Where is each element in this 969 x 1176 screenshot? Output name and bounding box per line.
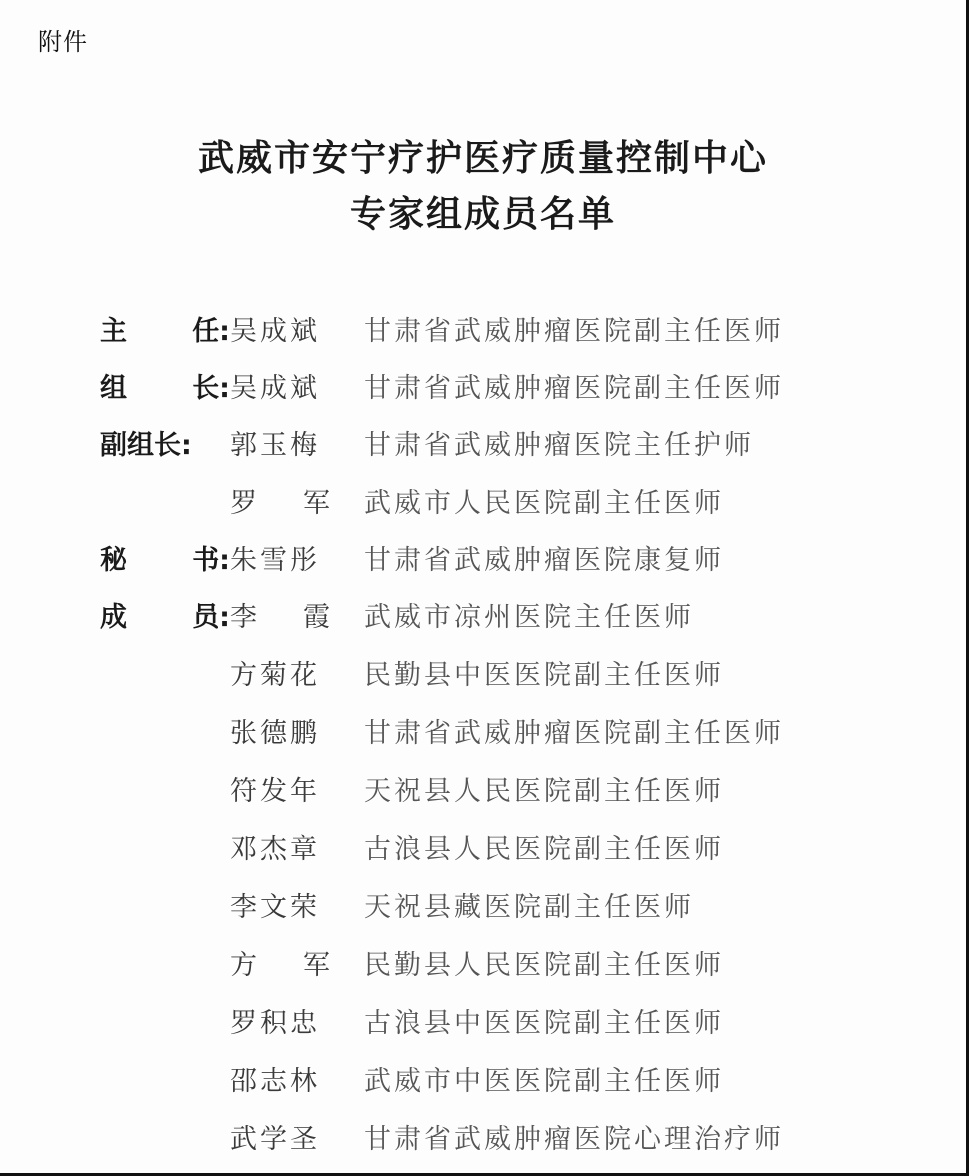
member-role-part: 秘 xyxy=(100,538,127,577)
document-page: 附件 武威市安宁疗护医疗质量控制中心 专家组成员名单 主任:吴成斌甘肃省武威肿瘤… xyxy=(0,0,969,1176)
member-row: 邵志林武威市中医医院副主任医师 xyxy=(100,1058,724,1098)
member-row: 武学圣甘肃省武威肿瘤医院心理治疗师 xyxy=(100,1116,784,1156)
member-name: 罗军 xyxy=(230,481,330,520)
member-role-part: 长: xyxy=(192,366,230,405)
member-name: 符发年 xyxy=(230,769,330,808)
member-row: 罗军武威市人民医院副主任医师 xyxy=(100,480,724,520)
member-affiliation: 民勤县人民医院副主任医师 xyxy=(364,943,724,982)
member-affiliation: 天祝县藏医院副主任医师 xyxy=(364,885,694,924)
member-row: 秘书:朱雪彤甘肃省武威肿瘤医院康复师 xyxy=(100,537,724,577)
member-role-part: 副组长: xyxy=(100,423,192,462)
member-name: 方菊花 xyxy=(230,653,330,692)
member-role: 组长: xyxy=(100,366,230,405)
member-affiliation: 甘肃省武威肿瘤医院副主任医师 xyxy=(364,309,784,348)
attachment-label: 附件 xyxy=(38,22,88,57)
member-name: 吴成斌 xyxy=(230,366,330,405)
member-name: 邓杰章 xyxy=(230,827,330,866)
member-row: 李文荣天祝县藏医院副主任医师 xyxy=(100,884,694,924)
member-role: 主任: xyxy=(100,309,230,348)
member-row: 方菊花民勤县中医医院副主任医师 xyxy=(100,652,724,692)
member-row: 主任:吴成斌甘肃省武威肿瘤医院副主任医师 xyxy=(100,308,784,348)
member-affiliation: 武威市中医医院副主任医师 xyxy=(364,1059,724,1098)
member-name: 李文荣 xyxy=(230,885,330,924)
member-affiliation: 甘肃省武威肿瘤医院康复师 xyxy=(364,538,724,577)
member-role: 成员: xyxy=(100,595,230,634)
member-name: 罗积忠 xyxy=(230,1001,330,1040)
member-row: 副组长:郭玉梅甘肃省武威肿瘤医院主任护师 xyxy=(100,422,754,462)
member-name: 邵志林 xyxy=(230,1059,330,1098)
member-affiliation: 天祝县人民医院副主任医师 xyxy=(364,769,724,808)
member-row: 邓杰章古浪县人民医院副主任医师 xyxy=(100,826,724,866)
member-row: 组长:吴成斌甘肃省武威肿瘤医院副主任医师 xyxy=(100,365,784,405)
member-role-part: 任: xyxy=(192,309,230,348)
member-role-part: 主 xyxy=(100,309,127,348)
member-name: 张德鹏 xyxy=(230,711,330,750)
member-affiliation: 甘肃省武威肿瘤医院副主任医师 xyxy=(364,366,784,405)
member-name: 方军 xyxy=(230,943,330,982)
member-role-part: 书: xyxy=(192,538,230,577)
member-affiliation: 甘肃省武威肿瘤医院心理治疗师 xyxy=(364,1117,784,1156)
member-role-part: 组 xyxy=(100,366,127,405)
member-role: 秘书: xyxy=(100,538,230,577)
member-affiliation: 武威市凉州医院主任医师 xyxy=(364,595,694,634)
member-row: 符发年天祝县人民医院副主任医师 xyxy=(100,768,724,808)
member-affiliation: 武威市人民医院副主任医师 xyxy=(364,481,724,520)
member-row: 张德鹏甘肃省武威肿瘤医院副主任医师 xyxy=(100,710,784,750)
member-role-part: 成 xyxy=(100,595,127,634)
document-title-line2: 专家组成员名单 xyxy=(0,186,966,237)
member-affiliation: 甘肃省武威肿瘤医院主任护师 xyxy=(364,423,754,462)
member-affiliation: 古浪县中医医院副主任医师 xyxy=(364,1001,724,1040)
member-affiliation: 古浪县人民医院副主任医师 xyxy=(364,827,724,866)
member-row: 成员:李霞武威市凉州医院主任医师 xyxy=(100,594,694,634)
member-role-part: 员: xyxy=(192,595,230,634)
member-role: 副组长: xyxy=(100,423,230,462)
member-row: 罗积忠古浪县中医医院副主任医师 xyxy=(100,1000,724,1040)
member-affiliation: 甘肃省武威肿瘤医院副主任医师 xyxy=(364,711,784,750)
document-title-line1: 武威市安宁疗护医疗质量控制中心 xyxy=(0,130,966,181)
member-name: 武学圣 xyxy=(230,1117,330,1156)
member-name: 朱雪彤 xyxy=(230,538,330,577)
member-affiliation: 民勤县中医医院副主任医师 xyxy=(364,653,724,692)
member-row: 方军民勤县人民医院副主任医师 xyxy=(100,942,724,982)
member-name: 郭玉梅 xyxy=(230,423,330,462)
member-name: 吴成斌 xyxy=(230,309,330,348)
member-name: 李霞 xyxy=(230,595,330,634)
